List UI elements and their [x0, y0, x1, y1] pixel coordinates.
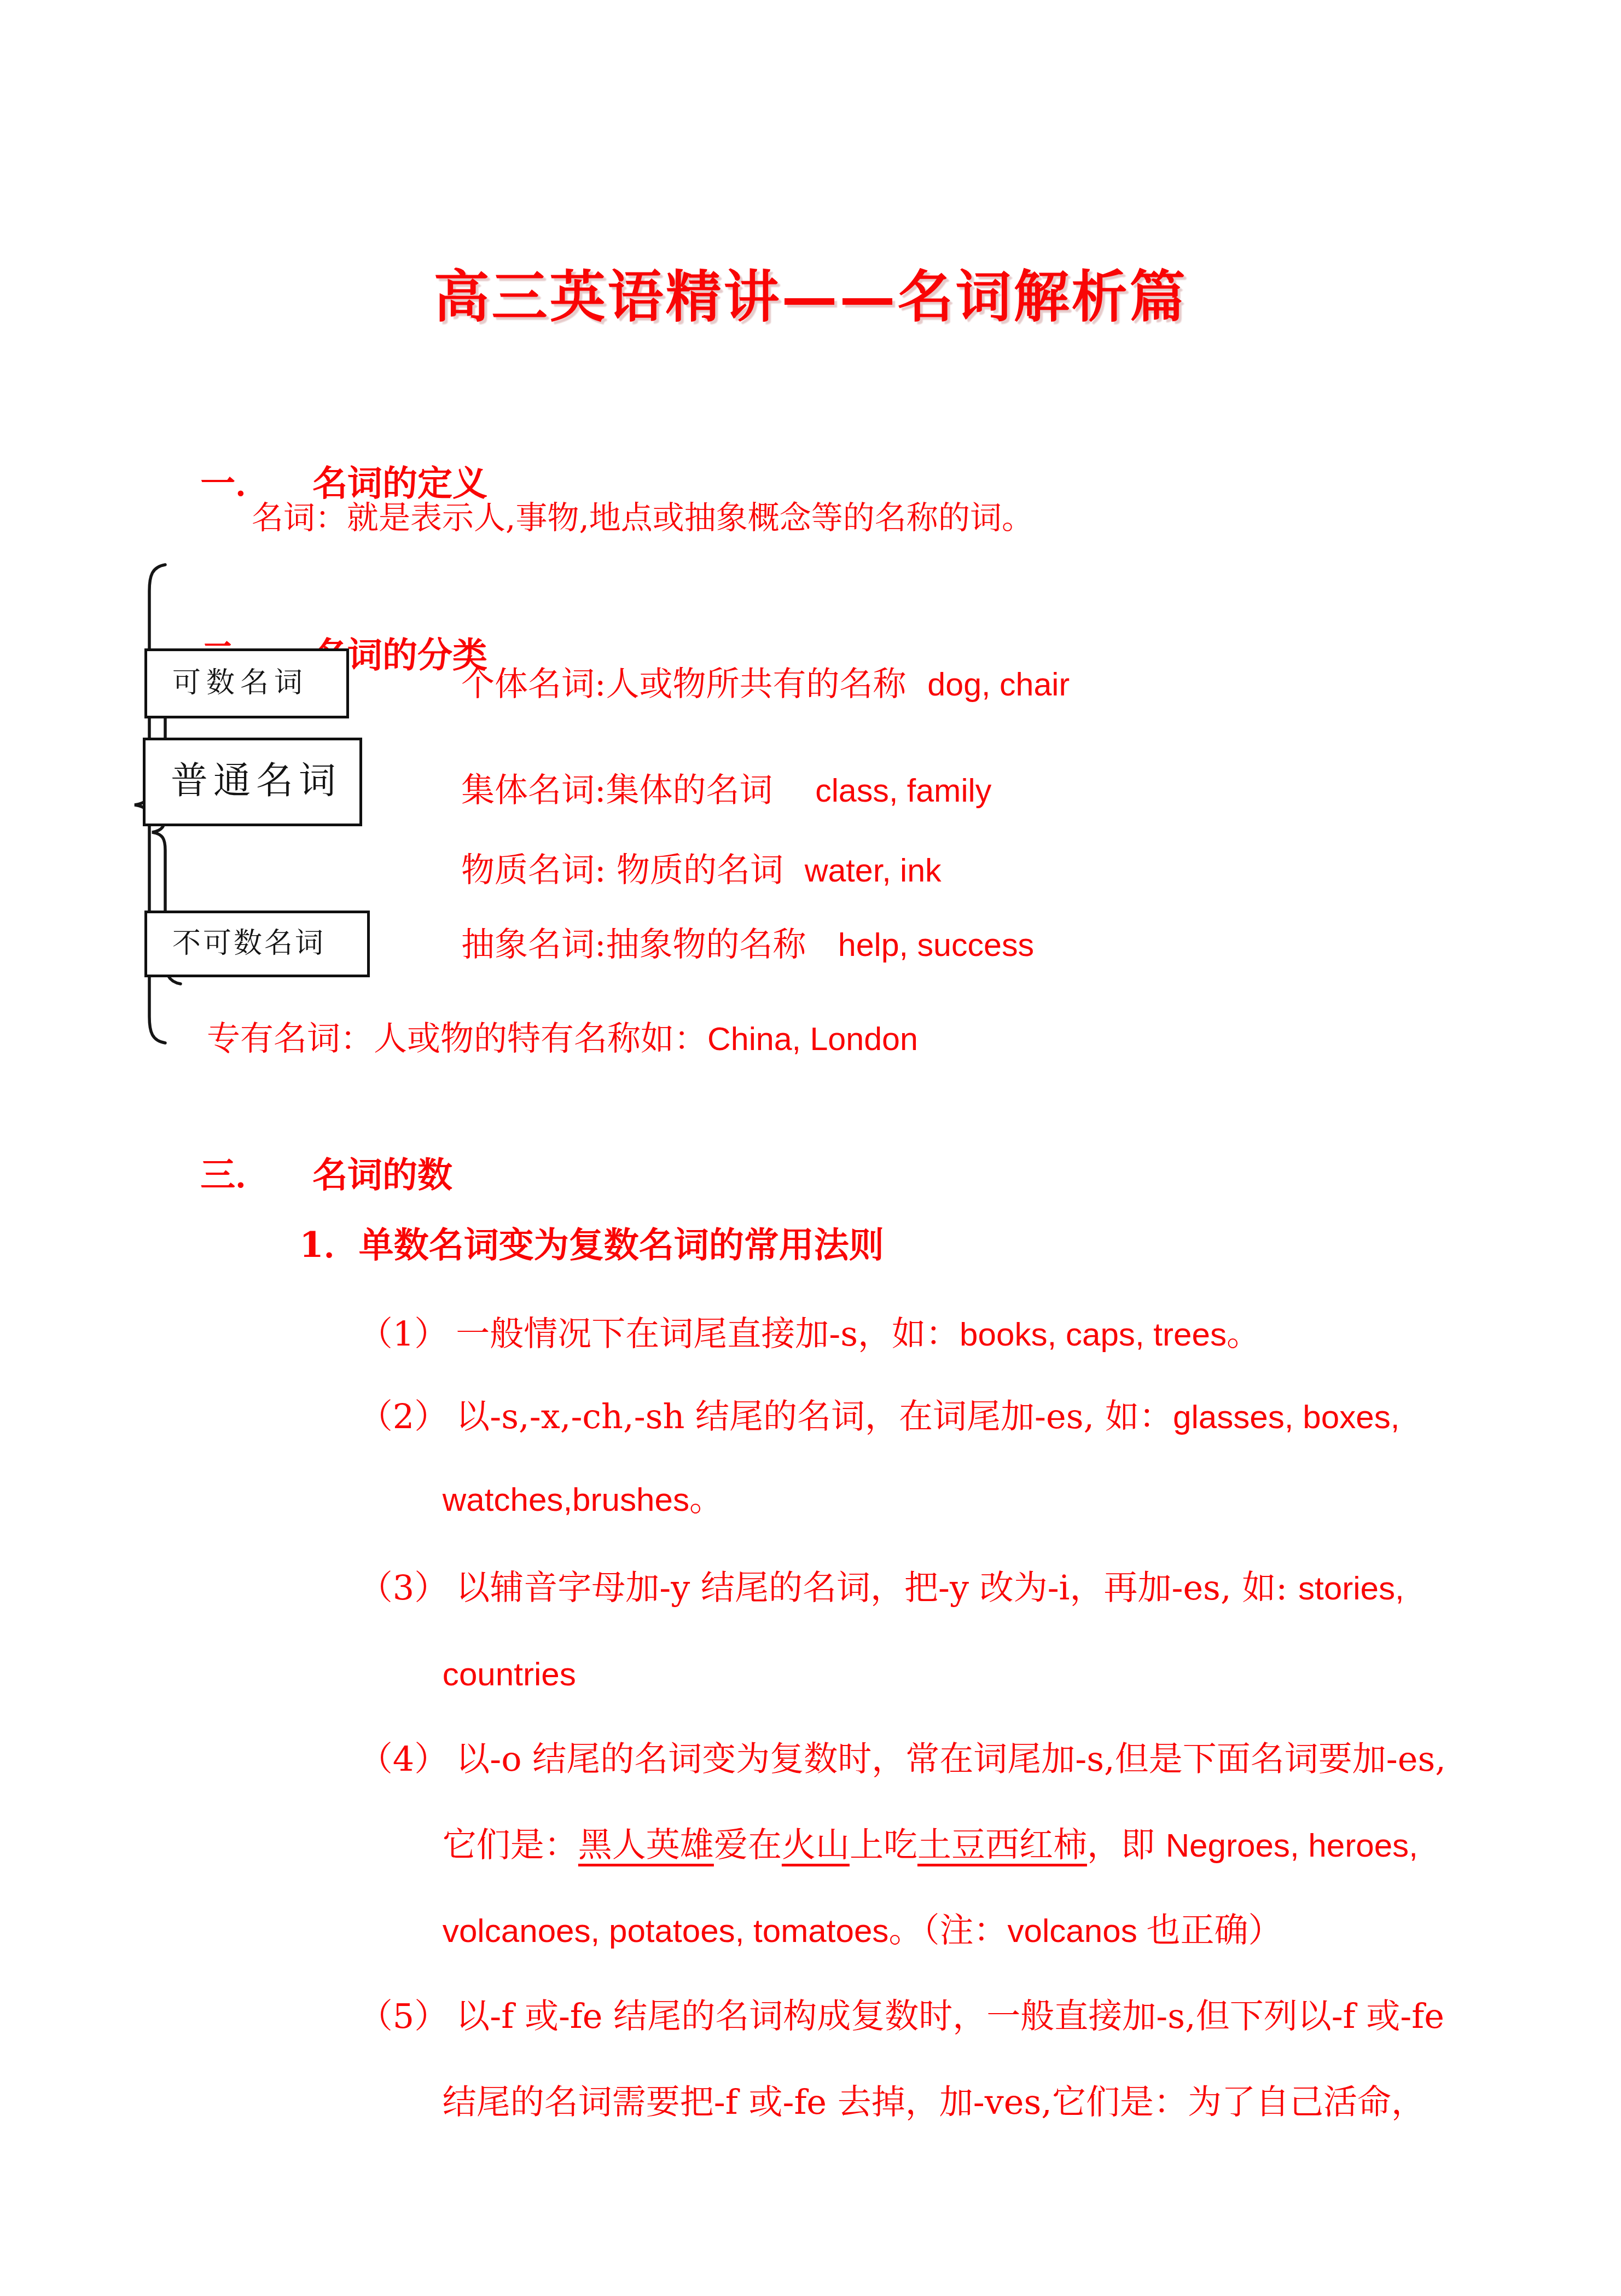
rule-text: 以-s,-x,-ch,-sh 结尾的名词，在词尾加-es, 如：glasses,…	[456, 1396, 1399, 1436]
list-marker: 1．	[299, 1225, 359, 1266]
rule-line-5-continuation: 结尾的名词需要把-f 或-fe 去掉，加-ves,它们是：为了自己活命，	[399, 2040, 1425, 2165]
list-marker: （5）	[359, 1996, 448, 2036]
category-row-collective: 集体名词:集体的名词 class, family	[461, 770, 991, 811]
category-row-abstract: 抽象名词:抽象物的名称 help, success	[461, 925, 1034, 965]
box-countable-noun: 可数名词	[144, 648, 349, 718]
page-title: 高三英语精讲——名词解析篇	[0, 253, 1621, 333]
rule-heading-label: 单数名词变为复数名词的常用法则	[359, 1225, 884, 1266]
rule-text: volcanoes, potatoes, tomatoes。（注：volcano…	[443, 1910, 1282, 1950]
list-marker: （4）	[359, 1739, 448, 1779]
rule-text: 以-o 结尾的名词变为复数时，常在词尾加-s,但是下面名词要加-es,	[456, 1739, 1446, 1779]
rule-text: 以辅音字母加-y 结尾的名词，把-y 改为-i，再加-es, 如: storie…	[456, 1568, 1404, 1608]
box-uncountable-noun: 不可数名词	[144, 911, 370, 977]
rule-text: 一般情况下在词尾直接加-s，如：books, caps, trees。	[456, 1314, 1260, 1354]
rule-text: watches,brushes。	[443, 1479, 723, 1519]
category-row-material: 物质名词: 物质的名词 water, ink	[461, 850, 942, 891]
rule-text: 以-f 或-fe 结尾的名词构成复数时，一般直接加-s,但下列以-f 或-fe	[456, 1996, 1444, 2036]
rule-text: 结尾的名词需要把-f 或-fe 去掉，加-ves,它们是：为了自己活命，	[443, 2082, 1425, 2122]
list-marker: （1）	[359, 1314, 448, 1354]
rule-text: countries	[443, 1654, 576, 1694]
list-marker: （3）	[359, 1568, 448, 1608]
rule-text: 它们是：黑人英雄爱在火山上吃土豆西红柿，即 Negroes, heroes,	[443, 1825, 1418, 1865]
category-row-individual: 个体名词:人或物所共有的名称 dog, chair	[461, 664, 1070, 705]
definition-line: 名词：就是表示人,事物,地点或抽象概念等的名称的词。	[252, 498, 1033, 537]
category-row-proper: 专有名词：人或物的特有名称如：China, London	[207, 1019, 918, 1059]
box-common-noun: 普通名词	[143, 738, 362, 826]
document-page: 高三英语精讲——名词解析篇 一．名词的定义 名词：就是表示人,事物,地点或抽象概…	[0, 0, 1621, 2296]
list-marker: （2）	[359, 1396, 448, 1436]
